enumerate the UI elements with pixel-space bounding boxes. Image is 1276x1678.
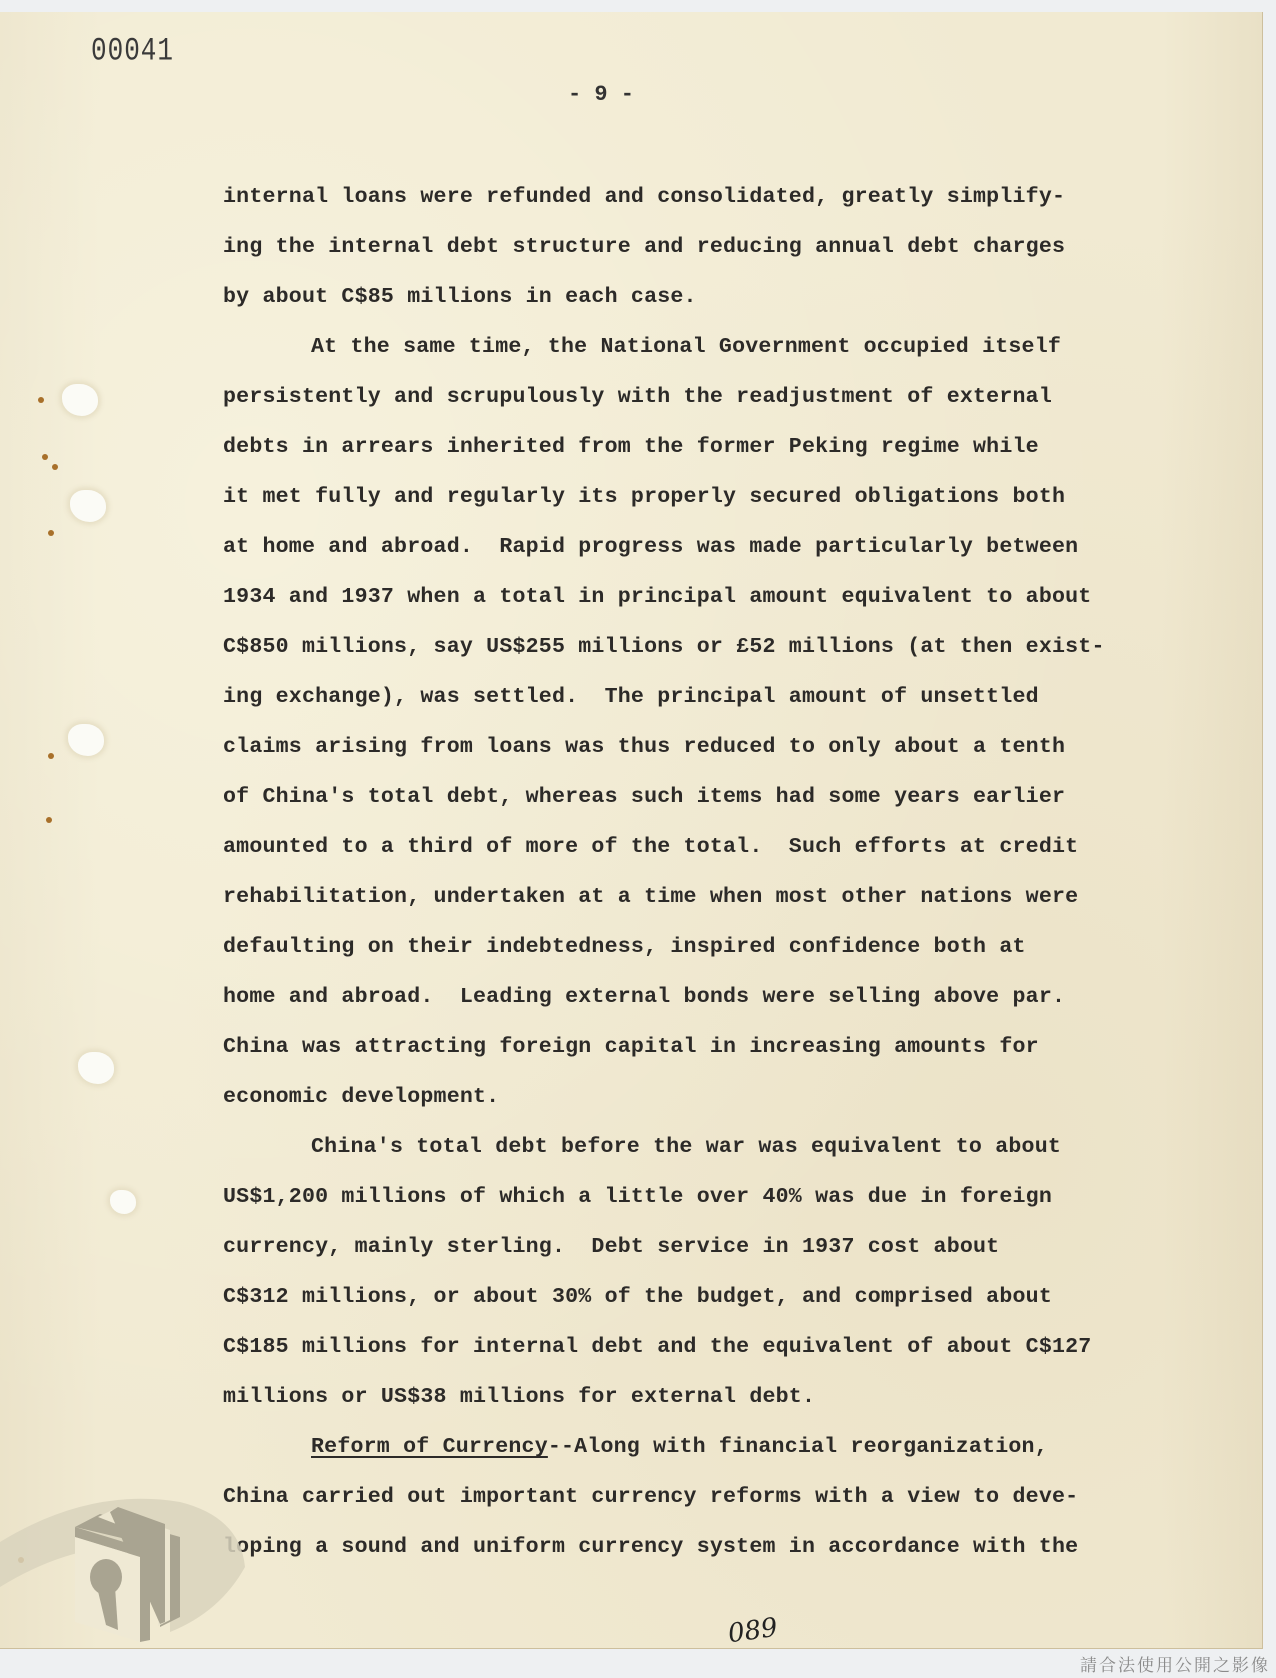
rust-spot xyxy=(52,464,58,470)
text-line: 1934 and 1937 when a total in principal … xyxy=(223,572,1233,622)
rust-spot xyxy=(48,530,54,536)
text-line: claims arising from loans was thus reduc… xyxy=(223,722,1233,772)
text-line: by about C$85 millions in each case. xyxy=(223,272,1233,322)
binding-hole xyxy=(68,724,104,756)
archive-number: 00041 xyxy=(91,32,174,70)
rust-spot xyxy=(46,817,52,823)
text-line: China was attracting foreign capital in … xyxy=(223,1022,1233,1072)
document-body: internal loans were refunded and consoli… xyxy=(223,172,1233,1572)
text-line: it met fully and regularly its properly … xyxy=(223,472,1233,522)
rust-spot xyxy=(42,454,48,460)
section-heading: Reform of Currency xyxy=(311,1435,548,1459)
page-number: - 9 - xyxy=(568,82,634,107)
text-line: C$185 millions for internal debt and the… xyxy=(223,1322,1233,1372)
text-line: C$312 millions, or about 30% of the budg… xyxy=(223,1272,1233,1322)
text-line: amounted to a third of more of the total… xyxy=(223,822,1233,872)
binding-hole xyxy=(110,1190,136,1214)
binding-hole xyxy=(70,490,106,522)
paragraph-start: Reform of Currency--Along with financial… xyxy=(223,1422,1233,1472)
paragraph-start: At the same time, the National Governmen… xyxy=(223,322,1233,372)
binding-hole xyxy=(78,1052,114,1084)
text-line: ing exchange), was settled. The principa… xyxy=(223,672,1233,722)
document-page: 00041 - 9 - internal loans were refunded… xyxy=(0,12,1263,1649)
archive-logo-icon xyxy=(0,1492,250,1652)
text-line: debts in arrears inherited from the form… xyxy=(223,422,1233,472)
handwritten-folio: 089 xyxy=(726,1613,779,1650)
text-line: C$850 millions, say US$255 millions or £… xyxy=(223,622,1233,672)
text-line: China carried out important currency ref… xyxy=(223,1472,1233,1522)
rust-spot xyxy=(48,753,54,759)
text-line: rehabilitation, undertaken at a time whe… xyxy=(223,872,1233,922)
text-line: persistently and scrupulously with the r… xyxy=(223,372,1233,422)
text-line: of China's total debt, whereas such item… xyxy=(223,772,1233,822)
binding-hole xyxy=(62,384,98,416)
text-line: US$1,200 millions of which a little over… xyxy=(223,1172,1233,1222)
text-line: --Along with financial reorganization, xyxy=(548,1435,1048,1459)
paragraph-start: China's total debt before the war was eq… xyxy=(223,1122,1233,1172)
text-line: loping a sound and uniform currency syst… xyxy=(223,1522,1233,1572)
rust-spot xyxy=(38,397,44,403)
text-line: at home and abroad. Rapid progress was m… xyxy=(223,522,1233,572)
text-line: home and abroad. Leading external bonds … xyxy=(223,972,1233,1022)
text-line: economic development. xyxy=(223,1072,1233,1122)
text-line: defaulting on their indebtedness, inspir… xyxy=(223,922,1233,972)
text-line: ing the internal debt structure and redu… xyxy=(223,222,1233,272)
text-line: millions or US$38 millions for external … xyxy=(223,1372,1233,1422)
text-line: internal loans were refunded and consoli… xyxy=(223,172,1233,222)
text-line: currency, mainly sterling. Debt service … xyxy=(223,1222,1233,1272)
usage-watermark: 請合法使用公開之影像 xyxy=(1080,1651,1270,1676)
